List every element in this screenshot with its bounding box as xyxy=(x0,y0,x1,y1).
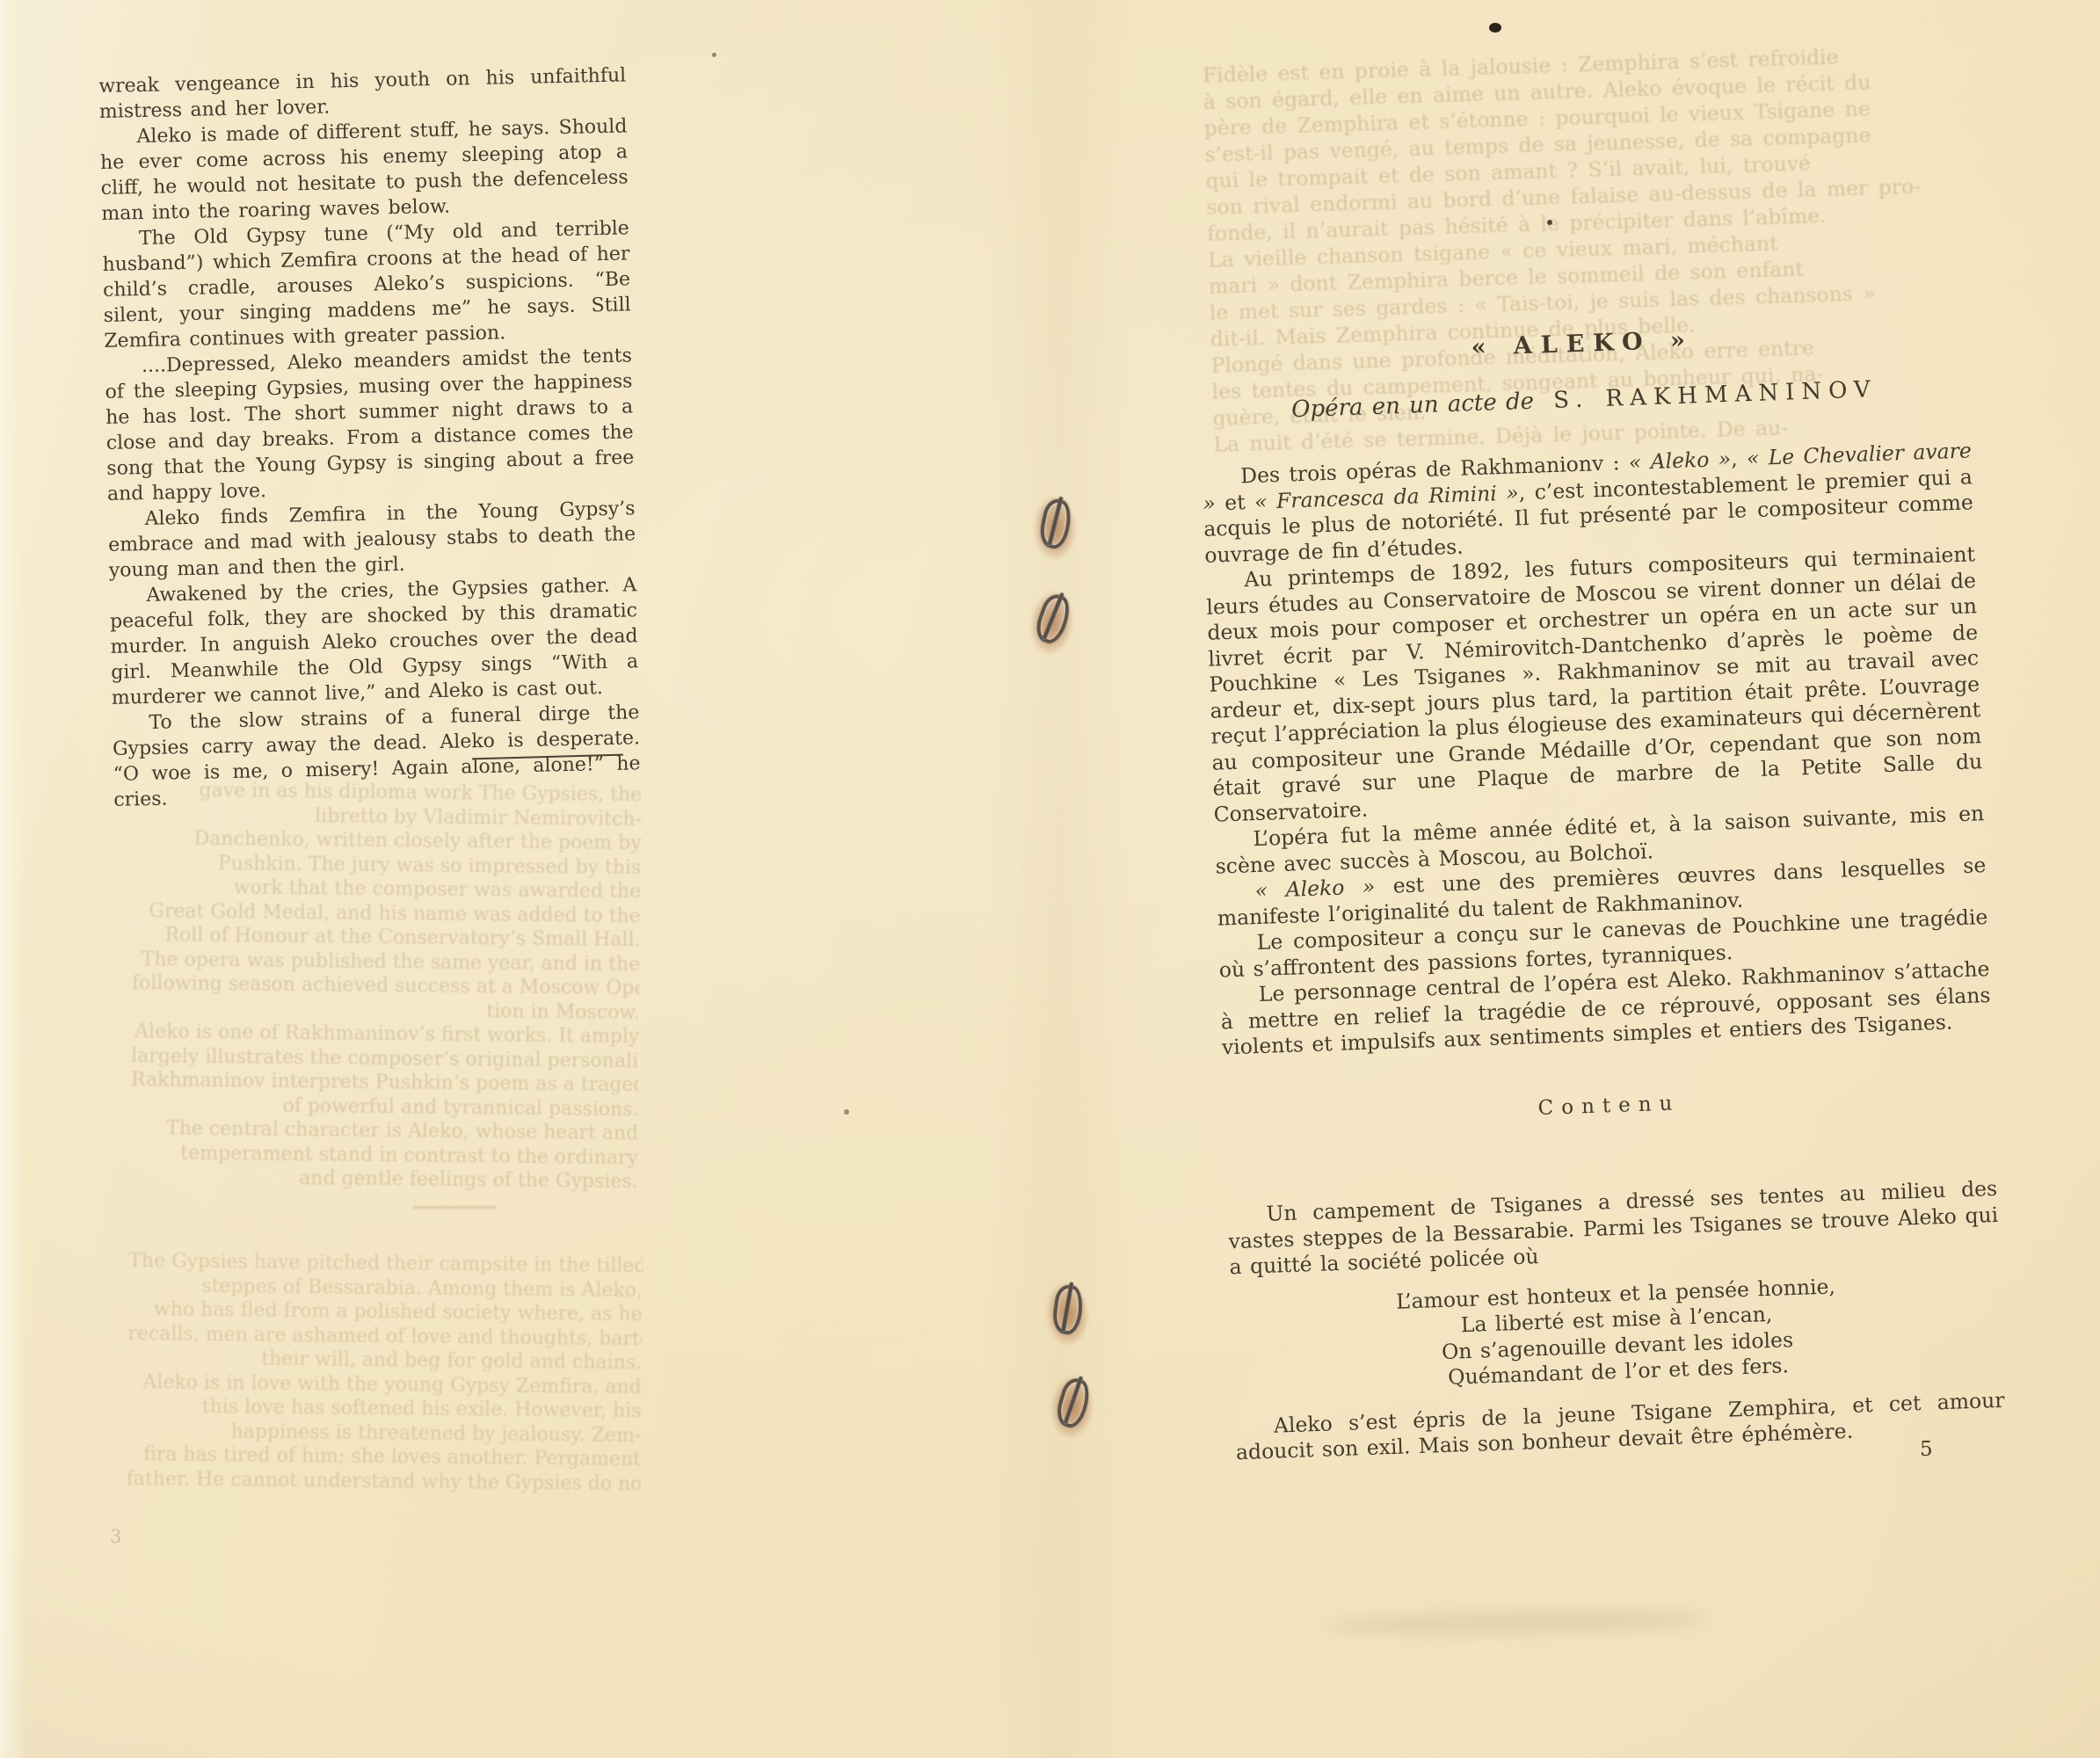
opera-name-italic: « Aleko » xyxy=(1628,447,1731,475)
rusty-staple xyxy=(1046,1279,1089,1343)
scanned-booklet-spread: Fidèle est en proie à la jalousie : Zemp… xyxy=(0,0,2100,1758)
left-page-english-text: wreak vengeance in his youth on his unfa… xyxy=(98,62,641,812)
subtitle-genre: Opéra en un acte de xyxy=(1291,388,1535,423)
paragraph: Au printemps de 1892, les futurs composi… xyxy=(1205,541,1984,827)
paragraph: Awakened by the cries, the Gypsies gathe… xyxy=(109,572,639,711)
paragraph: Aleko finds Zemfira in the Young Gypsy’s… xyxy=(107,496,636,584)
contenu-heading: Contenu xyxy=(1224,1079,1994,1132)
paragraph: Un campement de Tsiganes a dressé ses te… xyxy=(1227,1176,2000,1281)
page-number-left: 3 xyxy=(110,1526,121,1547)
bleed-through-rule xyxy=(413,1206,497,1209)
verse-quotation: L’amour est honteux et la pensée honnie,… xyxy=(1231,1268,2004,1398)
text-segment: et xyxy=(1215,489,1254,515)
paragraph: Aleko s’est épris de la jeune Tsigane Ze… xyxy=(1234,1387,2006,1466)
composer-name: S. RAKHMANINOV xyxy=(1553,376,1878,414)
paragraph: Aleko is made of different stuff, he say… xyxy=(99,113,629,227)
ink-speck xyxy=(712,53,716,57)
rusty-staple xyxy=(1028,586,1075,652)
bleed-through-line: and gentle feelings of the Gypsies. xyxy=(130,1165,638,1195)
bleed-through-text-left-upper: gave in as his diploma work The Gypsies,… xyxy=(130,778,643,1195)
page-number-right: 5 xyxy=(1920,1438,1933,1461)
ink-speck xyxy=(1489,23,1501,33)
paragraph: The Old Gypsy tune (“My old and terrible… xyxy=(102,215,632,354)
opera-subtitle: Opéra en un acte de S. RAKHMANINOV xyxy=(1199,374,1969,426)
bleed-through-text-left-lower: The Gypsies have pitched their campsite … xyxy=(127,1249,643,1496)
ink-speck xyxy=(844,1109,849,1115)
bleed-through-smudge xyxy=(1323,1608,1710,1638)
rusty-staple xyxy=(1035,494,1074,556)
right-page-french-text: « ALEKO » Opéra en un acte de S. RAKHMAN… xyxy=(1197,317,2006,1465)
paper-edge xyxy=(0,0,26,1758)
ink-speck xyxy=(1547,220,1552,225)
text-segment: , xyxy=(1731,446,1748,471)
rusty-staple xyxy=(1050,1371,1094,1436)
paragraph: ....Depressed, Aleko meanders amidst the… xyxy=(105,343,636,507)
opera-name-italic: « Aleko » xyxy=(1254,874,1375,903)
page-gutter xyxy=(985,0,1134,1758)
bleed-through-line: father. He cannot understand why the Gyp… xyxy=(127,1466,641,1496)
